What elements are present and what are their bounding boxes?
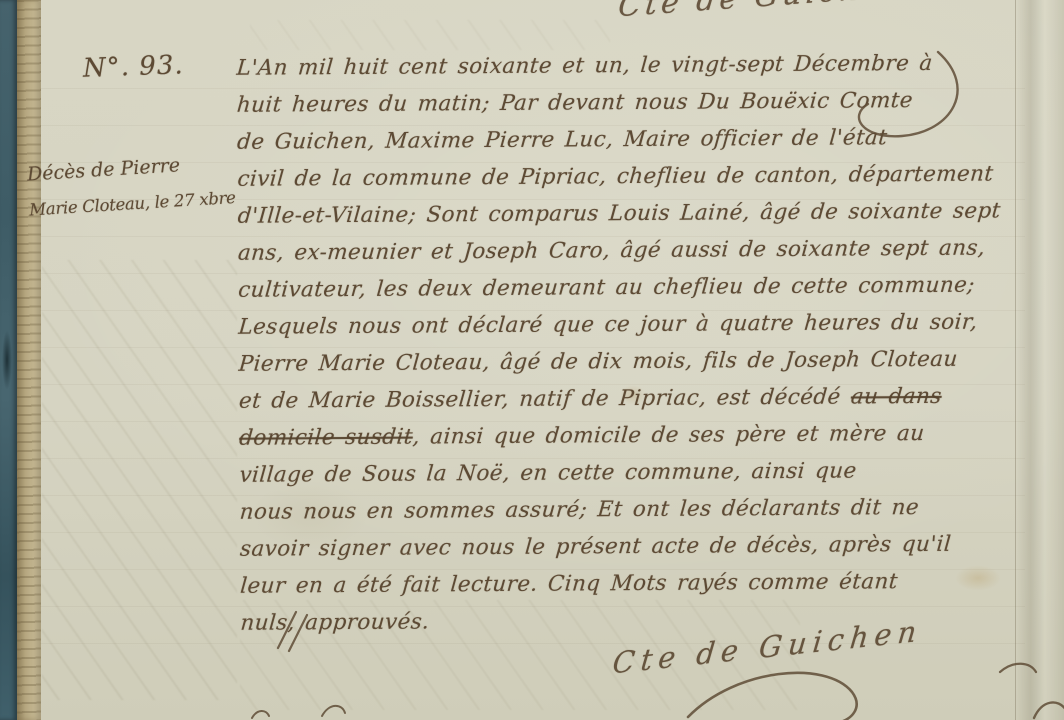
line-segment: d'Ille-et-Vilaine; Sont comparus Louis L… bbox=[237, 198, 1002, 228]
text-line: village de Sous la Noë, en cette commune… bbox=[238, 451, 1041, 494]
line-segment: Pierre Marie Cloteau, âgé de dix mois, f… bbox=[238, 347, 959, 377]
record-number: N°. 93. bbox=[83, 50, 185, 83]
text-line: savoir signer avec nous le présent acte … bbox=[239, 525, 1042, 568]
line-segment: leur en a été fait lecture. Cinq Mots ra… bbox=[239, 569, 899, 599]
ink-bleedthrough bbox=[250, 20, 610, 50]
body-text: L'An mil huit cent soixante et un, le vi… bbox=[235, 44, 1039, 642]
line-segment: nous nous en sommes assuré; Et ont les d… bbox=[239, 495, 920, 525]
margin-note: Décès de Pierre Marie Cloteau, le 27 xbr… bbox=[26, 144, 245, 229]
line-segment: village de Sous la Noë, en cette commune… bbox=[239, 458, 858, 487]
text-line: Lesquels nous ont déclaré que ce jour à … bbox=[237, 303, 1040, 346]
next-signature-swash-icon bbox=[688, 673, 857, 720]
line-segment: de Guichen, Maxime Pierre Luc, Maire off… bbox=[236, 125, 888, 155]
line-segment: et de Marie Boissellier, natif de Pipria… bbox=[238, 385, 852, 414]
next-entry-letter-peek-icon bbox=[322, 706, 345, 716]
line-segment: , ainsi que domicile de ses père et mère… bbox=[412, 421, 926, 450]
line-segment: cultivateur, les deux demeurant au chefl… bbox=[237, 273, 976, 303]
text-line: domicile susdit, ainsi que domicile de s… bbox=[238, 414, 1041, 457]
text-line: de Guichen, Maxime Pierre Luc, Maire off… bbox=[236, 118, 1039, 161]
line-segment: ans, ex-meunier et Joseph Caro, âgé auss… bbox=[237, 236, 986, 266]
text-line: d'Ille-et-Vilaine; Sont comparus Louis L… bbox=[236, 192, 1039, 235]
line-segment: L'An mil huit cent soixante et un, le vi… bbox=[236, 51, 934, 81]
struck-words: au dans bbox=[850, 384, 943, 410]
line-segment: savoir signer avec nous le présent acte … bbox=[239, 532, 952, 562]
text-line: Pierre Marie Cloteau, âgé de dix mois, f… bbox=[237, 340, 1040, 383]
line-segment: nuls, approuvés. bbox=[240, 609, 431, 635]
line-segment: huit heures du matin; Par devant nous Du… bbox=[236, 88, 914, 118]
text-line: leur en a été fait lecture. Cinq Mots ra… bbox=[239, 562, 1042, 605]
page-deckle-edge bbox=[17, 0, 41, 720]
top-partial-signature: Cte de Guichen bbox=[616, 0, 910, 24]
text-line: L'An mil huit cent soixante et un, le vi… bbox=[235, 44, 1038, 87]
line-segment: civil de la commune de Pipriac, cheflieu… bbox=[236, 162, 994, 192]
line-segment: Lesquels nous ont déclaré que ce jour à … bbox=[237, 310, 978, 340]
text-line: huit heures du matin; Par devant nous Du… bbox=[235, 81, 1038, 124]
text-line: et de Marie Boissellier, natif de Pipria… bbox=[238, 377, 1041, 420]
text-line: nous nous en sommes assuré; Et ont les d… bbox=[238, 488, 1041, 531]
ink-bleedthrough bbox=[42, 260, 237, 700]
text-line: cultivateur, les deux demeurant au chefl… bbox=[237, 266, 1040, 309]
next-entry-letter-peek-icon bbox=[252, 711, 269, 718]
register-page-scan: N°. 93. Décès de Pierre Marie Cloteau, l… bbox=[0, 0, 1064, 720]
text-line: ans, ex-meunier et Joseph Caro, âgé auss… bbox=[236, 229, 1039, 272]
text-line: civil de la commune de Pipriac, cheflieu… bbox=[236, 155, 1039, 198]
book-binding-edge bbox=[0, 0, 17, 720]
struck-words: domicile susdit bbox=[238, 425, 414, 451]
